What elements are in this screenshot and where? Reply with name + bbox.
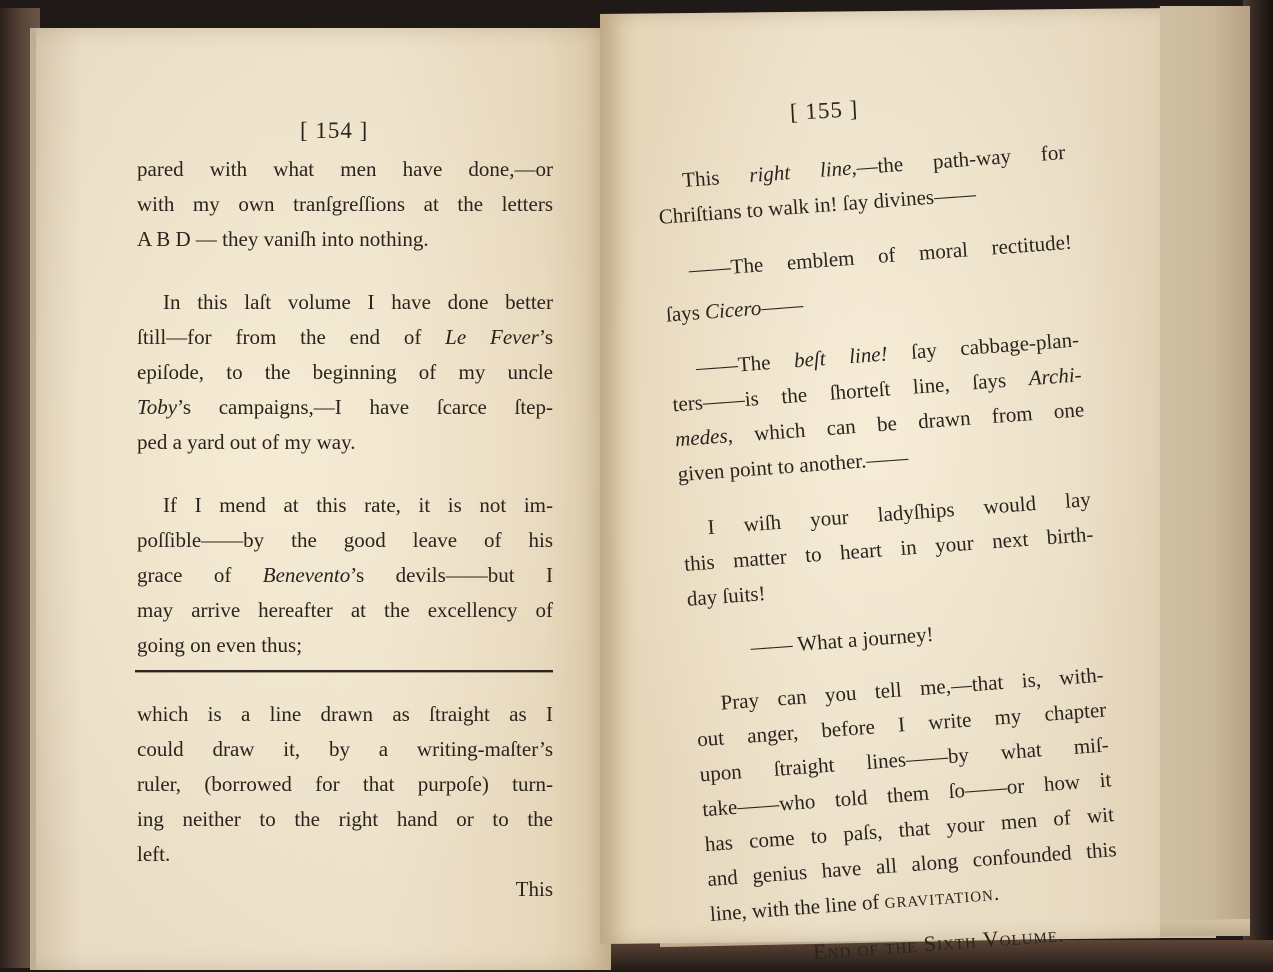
text-line: If I mend at this rate, it is not im-: [137, 488, 553, 523]
text-run: ’s devils——but I: [350, 563, 553, 587]
text-line: epiſode, to the beginning of my uncle: [137, 355, 553, 390]
text-line: poſſible——by the good leave of his: [137, 523, 553, 558]
text-line: —— What a journey!: [689, 605, 1100, 670]
paragraph: Pray can you tell me,—that is, with- out…: [693, 658, 1120, 932]
text-line: left.: [137, 837, 553, 872]
italic-name: medes: [674, 423, 728, 451]
text-run: ſtill—for from the end of: [137, 325, 445, 349]
italic-phrase: beſt line!: [793, 342, 888, 373]
text-run: ——The: [695, 348, 795, 379]
left-page-body: pared with what men have done,—or with m…: [137, 152, 553, 663]
right-page-body: This right line,—the path-way for Chriſt…: [655, 135, 1124, 972]
text-run: ’s: [539, 325, 553, 349]
text-run: line, with the line of: [709, 889, 885, 926]
text-run: ſays: [665, 300, 706, 327]
page-stack-edge-outer: [1212, 6, 1250, 936]
italic-phrase: right line,: [748, 155, 857, 187]
text-line: grace of Benevento’s devils——but I: [137, 558, 553, 593]
paragraph: pared with what men have done,—or with m…: [137, 152, 553, 257]
left-page-number: [ 154 ]: [300, 118, 368, 144]
text-line: which is a line drawn as ſtraight as I: [137, 697, 553, 732]
paragraph: which is a line drawn as ſtraight as I c…: [137, 697, 553, 907]
italic-name: Cicero: [704, 296, 762, 324]
paragraph: ——The emblem of moral rectitude! ſays Ci…: [662, 225, 1077, 333]
text-line: ing neither to the right hand or to the: [137, 802, 553, 837]
paragraph: ——The beſt line! ſay cabbage-plan- ters—…: [669, 322, 1088, 492]
paragraph: I wiſh your ladyſhips would lay this mat…: [680, 482, 1097, 617]
text-line: ſtill—for from the end of Le Fever’s: [137, 320, 553, 355]
text-line: could draw it, by a writing-maſter’s: [137, 732, 553, 767]
left-page-body-continued: which is a line drawn as ſtraight as I c…: [137, 697, 553, 907]
paragraph: In this laſt volume I have done better ſ…: [137, 285, 553, 460]
text-run: grace of: [137, 563, 263, 587]
italic-name: Archi-: [1028, 362, 1082, 390]
text-line: ruler, (borrowed for that purpoſe) turn-: [137, 767, 553, 802]
page-stack-edge-inner: [1158, 6, 1216, 938]
text-run: This: [681, 163, 750, 192]
text-line: may arrive hereafter at the excellency o…: [137, 593, 553, 628]
text-run: ’s campaigns,—I have ſcarce ſtep-: [177, 395, 553, 419]
text-line: pared with what men have done,—or: [137, 152, 553, 187]
text-line: Toby’s campaigns,—I have ſcarce ſtep-: [137, 390, 553, 425]
text-line: In this laſt volume I have done better: [137, 285, 553, 320]
right-page-number: [ 155 ]: [789, 96, 859, 126]
italic-name: Le Fever: [445, 325, 539, 349]
text-line: ped a yard out of my way.: [137, 425, 553, 460]
text-line: going on even thus;: [137, 628, 553, 663]
paragraph: —— What a journey!: [689, 605, 1100, 670]
text-line: A B D — they vaniſh into nothing.: [137, 222, 553, 257]
book-scan: [ 154 ] pared with what men have done,—o…: [0, 0, 1273, 972]
straight-line-rule: [135, 670, 553, 672]
paragraph: If I mend at this rate, it is not im- po…: [137, 488, 553, 663]
small-caps-word: gravitation.: [884, 881, 1001, 913]
text-line: with my own tranſgreſſions at the letter…: [137, 187, 553, 222]
italic-name: Benevento: [263, 563, 350, 587]
italic-name: Toby: [137, 395, 177, 419]
catchword: This: [137, 872, 553, 907]
text-run: ——: [760, 293, 804, 320]
